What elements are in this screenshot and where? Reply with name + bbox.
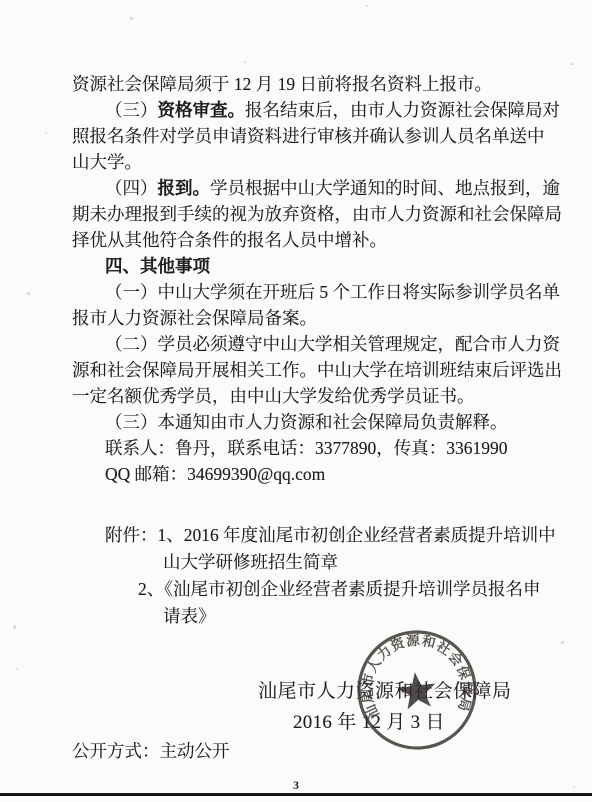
body-line: （一）中山大学须在开班后 5 个工作日将实际参训学员名单 [72,279,542,305]
scanned-document-page: 资源社会保障局须于 12 月 19 日前将报名资料上报市。 （三）资格审查。报名… [0,0,592,802]
star-icon [396,670,438,711]
body-line: （三）本通知由市人力资源和社会保障局负责解释。 [72,409,542,435]
page-number: 3 [0,778,592,793]
body-line: 期未办理报到手续的视为放弃资格，由市人力资源和社会保障局 [72,201,542,227]
body-line: （三）资格审查。报名结束后，由市人力资源社会保障局对 [72,97,542,123]
body-line: 报市人力资源社会保障局备案。 [72,305,542,331]
official-seal-stamp: 汕尾市人力资源和社会保障局 [343,616,490,763]
document-body: 资源社会保障局须于 12 月 19 日前将报名资料上报市。 （三）资格审查。报名… [72,71,542,487]
section-heading: 四、其他事项 [72,253,542,279]
attachment-line: 附件：1、2016 年度汕尾市初创企业经营者素质提升培训中 [72,522,542,549]
body-line: 资源社会保障局须于 12 月 19 日前将报名资料上报市。 [72,71,542,97]
qq-email-line: QQ 邮箱：34699390@qq.com [72,461,542,487]
attachments-block: 附件：1、2016 年度汕尾市初创企业经营者素质提升培训中 山大学研修班招生简章… [72,522,542,630]
body-line: 山大学。 [72,149,542,175]
attachment-line: 山大学研修班招生简章 [72,549,542,576]
body-line: 择优从其他符合条件的报名人员中增补。 [72,227,542,253]
body-line: 一定名额优秀学员，由中山大学发给优秀学员证书。 [72,383,542,409]
body-line: （二）学员必须遵守中山大学相关管理规定，配合市人力资 [72,331,542,357]
attachment-line: 2、《汕尾市初创企业经营者素质提升培训学员报名申 [72,576,542,603]
scan-bottom-edge [0,793,592,796]
contact-line: 联系人：鲁丹，联系电话：3377890，传真：3361990 [72,435,542,461]
body-line: 源和社会保障局开展相关工作。中山大学在培训班结束后评选出 [72,357,542,383]
body-line: 照报名条件对学员申请资料进行审核并确认参训人员名单送中 [72,123,542,149]
publicity-method-line: 公开方式：主动公开 [72,738,230,763]
body-line: （四）报到。学员根据中山大学通知的时间、地点报到，逾 [72,175,542,201]
